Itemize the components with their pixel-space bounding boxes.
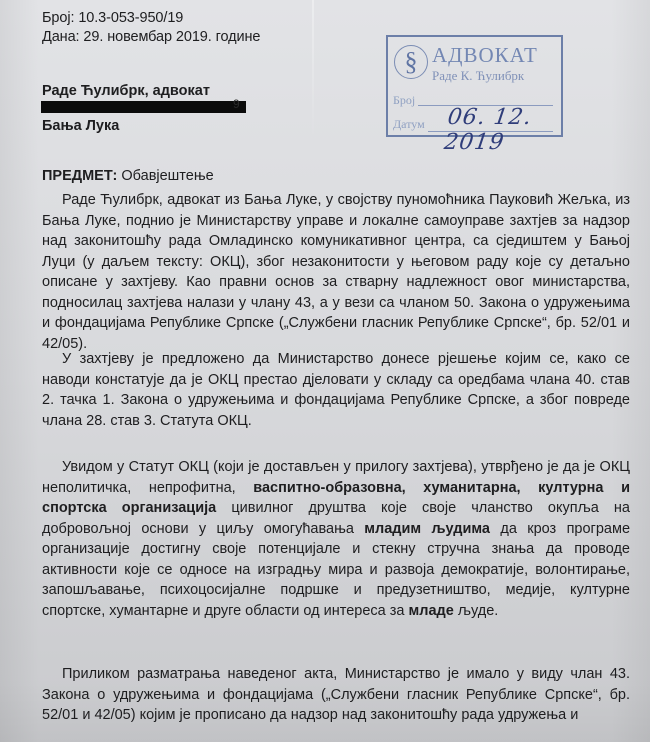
stamp-handwritten-date: 06. 12. 2019 bbox=[442, 105, 564, 155]
reference-number: Број: 10.3-053-950/19 bbox=[42, 10, 183, 26]
paragraph-2: У захтјеву је предложено да Министарство… bbox=[42, 349, 630, 431]
subject-value: Обавјештење bbox=[121, 168, 213, 184]
text-segment: људе. bbox=[454, 603, 499, 619]
lawyer-received-stamp: § АДВОКАТ Раде К. Ћулибрк Број Датум 06.… bbox=[386, 35, 563, 137]
stamp-date-label: Датум bbox=[393, 117, 425, 132]
scanned-letter-page: Број: 10.3-053-950/19 Дана: 29. новембар… bbox=[0, 0, 650, 742]
section-sign-icon: § bbox=[394, 45, 428, 79]
recipient-name: Раде Ћулибрк, адвокат bbox=[42, 83, 210, 99]
paragraph-1: Раде Ћулибрк, адвокат из Бања Луке, у св… bbox=[42, 190, 630, 354]
stamp-lawyer-name: Раде К. Ћулибрк bbox=[432, 68, 524, 84]
paragraph-text: Раде Ћулибрк, адвокат из Бања Луке, у св… bbox=[42, 190, 630, 354]
subject-line: ПРЕДМЕТ: Обавјештење bbox=[42, 168, 214, 184]
paragraph-text: У захтјеву је предложено да Министарство… bbox=[42, 349, 630, 431]
redacted-address-tail: 9 bbox=[233, 97, 240, 111]
paragraph-3: Увидом у Статут ОКЦ (који је достављен у… bbox=[42, 457, 630, 621]
document-date: Дана: 29. новембар 2019. године bbox=[42, 29, 260, 45]
stamp-number-label: Број bbox=[393, 93, 415, 108]
paper-fold bbox=[312, 0, 314, 140]
paragraph-4: Приликом разматрања наведеног акта, Мини… bbox=[42, 664, 630, 726]
recipient-city: Бања Лука bbox=[42, 118, 119, 134]
redacted-address-bar bbox=[41, 101, 246, 113]
paragraph-text: Приликом разматрања наведеног акта, Мини… bbox=[42, 664, 630, 726]
emphasized-text: младе bbox=[409, 603, 454, 619]
subject-label: ПРЕДМЕТ: bbox=[42, 168, 117, 184]
emphasized-text: младим људима bbox=[364, 521, 490, 537]
paragraph-text: Увидом у Статут ОКЦ (који је достављен у… bbox=[42, 457, 630, 621]
stamp-title: АДВОКАТ bbox=[432, 43, 538, 68]
